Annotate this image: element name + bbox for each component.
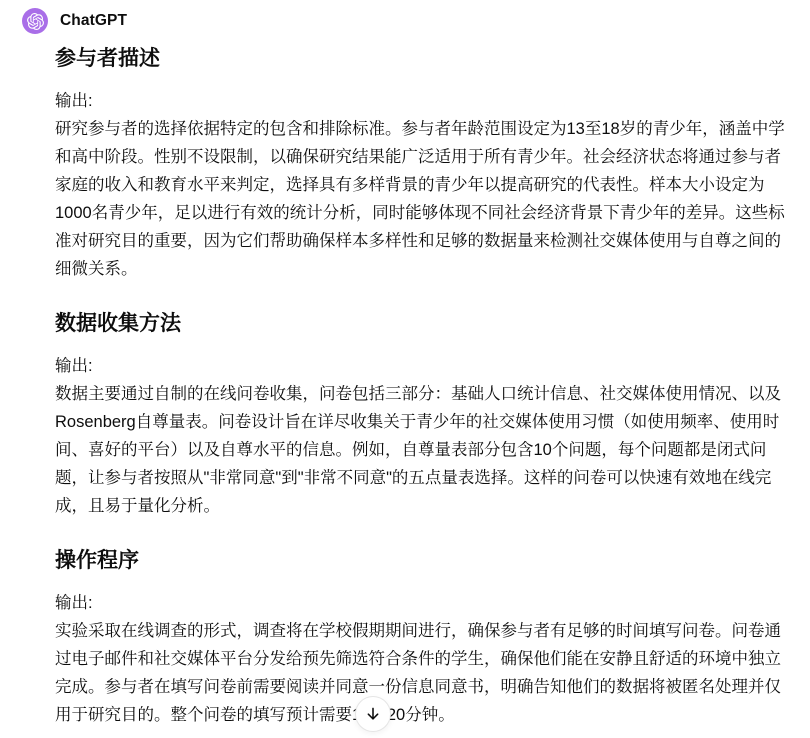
section-paragraph: 实验采取在线调查的形式，调查将在学校假期期间进行，确保参与者有足够的时间填写问卷…: [55, 617, 791, 729]
assistant-message-header: ChatGPT: [0, 0, 810, 34]
output-label: 输出:: [55, 352, 791, 380]
chat-page: ChatGPT 参与者描述 输出: 研究参与者的选择依据特定的包含和排除标准。参…: [0, 0, 810, 738]
section-paragraph: 研究参与者的选择依据特定的包含和排除标准。参与者年龄范围设定为13至18岁的青少…: [55, 115, 791, 283]
message-section-procedure: 操作程序 输出: 实验采取在线调查的形式，调查将在学校假期期间进行，确保参与者有…: [55, 546, 791, 729]
message-section-data-collection: 数据收集方法 输出: 数据主要通过自制的在线问卷收集，问卷包括三部分：基础人口统…: [55, 309, 791, 520]
chatgpt-logo-icon: [22, 8, 48, 34]
scroll-to-bottom-button[interactable]: [355, 696, 391, 732]
section-heading: 操作程序: [55, 546, 791, 576]
app-name: ChatGPT: [60, 12, 127, 30]
output-label: 输出:: [55, 87, 791, 115]
section-heading: 数据收集方法: [55, 309, 791, 339]
arrow-down-icon: [364, 705, 382, 723]
message-section-participants: 参与者描述 输出: 研究参与者的选择依据特定的包含和排除标准。参与者年龄范围设定…: [55, 44, 791, 283]
section-heading: 参与者描述: [55, 44, 791, 74]
section-paragraph: 数据主要通过自制的在线问卷收集，问卷包括三部分：基础人口统计信息、社交媒体使用情…: [55, 380, 791, 520]
assistant-message-body: 参与者描述 输出: 研究参与者的选择依据特定的包含和排除标准。参与者年龄范围设定…: [55, 44, 791, 729]
output-label: 输出:: [55, 589, 791, 617]
